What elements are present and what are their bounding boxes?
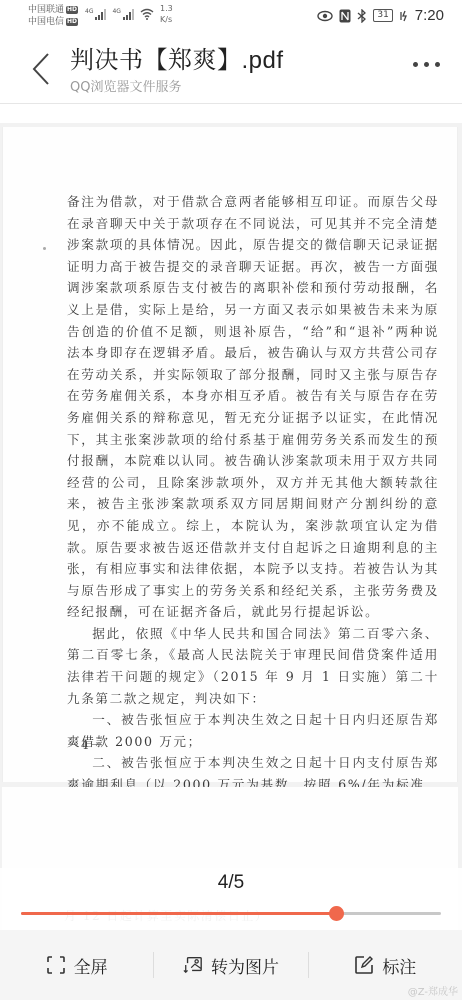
signal-indicators: 4G 4G [85, 8, 154, 20]
status-bar: 中国联通HD 中国电信HD 4G 4G 1.3 K/s 31 7:20 [0, 0, 462, 32]
paragraph: 一、被告张恒应于本判决生效之日起十日内归还原告郑爽借款 2000 万元； [67, 709, 439, 752]
app-header: 判决书【郑爽】.pdf QQ浏览器文件服务 [0, 32, 462, 104]
battery-indicator: 31 [373, 9, 392, 22]
fullscreen-label: 全屏 [74, 953, 108, 978]
chevron-left-icon [34, 54, 48, 84]
charging-icon [399, 10, 409, 22]
pdf-viewer[interactable]: 备注为借款，对于借款合意两者能够相互印证。而原告父母在录音聊天中关于款项存在不同… [0, 105, 462, 930]
annotate-label: 标注 [382, 953, 416, 978]
signal-icon: 4G [85, 8, 106, 20]
file-source: QQ浏览器文件服务 [70, 76, 181, 95]
nfc-icon [339, 9, 351, 23]
page-counter: 4/5 [0, 872, 462, 894]
network-speed: 1.3 K/s [160, 3, 173, 25]
carrier-info: 中国联通HD 中国电信HD [28, 4, 78, 28]
more-horizontal-icon [413, 62, 418, 67]
page-number: －4－ [67, 736, 105, 753]
convert-to-image-button[interactable]: 转为图片 [154, 945, 307, 985]
clock: 7:20 [415, 7, 444, 24]
paragraph: 备注为借款，对于借款合意两者能够相互印证。而原告父母在录音聊天中关于款项存在不同… [67, 191, 439, 623]
previous-page-bottom [0, 105, 462, 123]
wifi-icon [140, 8, 154, 20]
pdf-page-4: 备注为借款，对于借款合意两者能够相互印证。而原告父母在录音聊天中关于款项存在不同… [2, 127, 458, 782]
signal-icon: 4G [112, 8, 133, 20]
scan-speck [43, 247, 46, 250]
image-convert-icon [183, 955, 203, 975]
bluetooth-icon [357, 9, 367, 23]
eye-icon [317, 10, 333, 22]
back-button[interactable] [30, 52, 52, 86]
fullscreen-icon [46, 955, 66, 975]
carrier-1: 中国联通 [28, 4, 64, 16]
paragraph: 据此，依照《中华人民共和国合同法》第二百零六条、第二百零七条，《最高人民法院关于… [67, 623, 439, 709]
edit-note-icon [354, 955, 374, 975]
annotate-button[interactable]: 标注 [309, 945, 462, 985]
convert-to-image-label: 转为图片 [211, 953, 279, 978]
slider-fill [21, 912, 336, 915]
page-slider[interactable] [21, 912, 441, 916]
hd-badge: HD [66, 6, 78, 14]
slider-thumb[interactable] [329, 906, 344, 921]
more-button[interactable] [413, 62, 440, 67]
hd-badge: HD [66, 18, 78, 26]
judgment-text: 备注为借款，对于借款合意两者能够相互印证。而原告父母在录音聊天中关于款项存在不同… [67, 191, 439, 817]
page-indicator: 4/5 [0, 868, 462, 930]
fullscreen-button[interactable]: 全屏 [0, 945, 153, 985]
carrier-2: 中国电信 [28, 16, 64, 28]
watermark: @Z-郑成华 [408, 983, 458, 998]
file-title: 判决书【郑爽】.pdf [70, 40, 284, 75]
bottom-toolbar: 全屏 转为图片 标注 [0, 930, 462, 1000]
